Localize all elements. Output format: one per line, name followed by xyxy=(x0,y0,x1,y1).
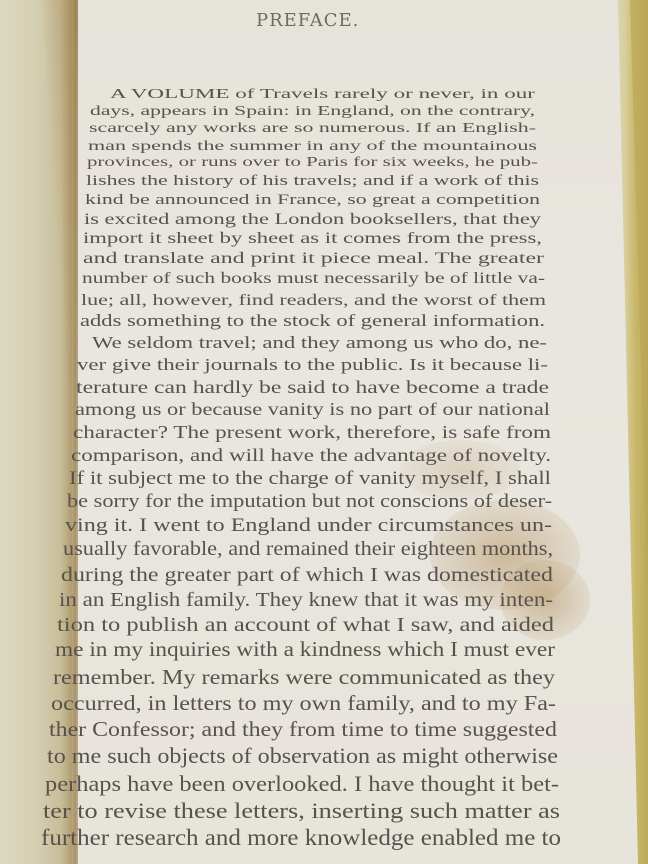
text-line: me in my inquiries with a kindness which… xyxy=(55,639,555,662)
page-title: PREFACE. xyxy=(256,10,359,31)
text-line: lishes the history of his travels; and i… xyxy=(86,173,539,190)
text-line: occurred, in letters to my own family, a… xyxy=(51,691,556,716)
book-photo: PREFACE. A VOLUME of Travels rarely or n… xyxy=(0,0,648,864)
text-line: ver give their journals to the public. I… xyxy=(77,355,548,375)
text-line: and translate and print it piece meal. T… xyxy=(83,250,544,268)
text-line: lue; all, however, find readers, and the… xyxy=(81,290,546,310)
text-line: man spends the summer in any of the moun… xyxy=(88,138,537,154)
text-line: during the greater part of which I was d… xyxy=(61,564,553,587)
text-line: ving it. I went to England under circums… xyxy=(65,515,552,537)
text-line: kind be announced in France, so great a … xyxy=(85,192,540,209)
text-line: perhaps have been overlooked. I have tho… xyxy=(45,771,559,797)
text-line: provinces, or runs over to Paris for six… xyxy=(87,155,538,171)
text-line: to me such objects of observation as mig… xyxy=(47,744,558,769)
text-line: ter to revise these letters, inserting s… xyxy=(43,798,560,824)
text-line: days, appears in Spain: in England, on t… xyxy=(90,103,535,119)
text-line: among us or because vanity is no part of… xyxy=(75,399,550,420)
text-line: be sorry for the imputation but not cons… xyxy=(67,491,552,513)
text-line: scarcely any works are so numerous. If a… xyxy=(89,120,536,136)
text-line: A VOLUME of Travels rarely or never, in … xyxy=(110,86,535,102)
text-line: adds something to the stock of general i… xyxy=(80,311,545,331)
text-line: further research and more knowledge enab… xyxy=(41,825,561,851)
text-line: comparison, and will have the advantage … xyxy=(71,445,551,466)
text-line: We seldom travel; and they among us who … xyxy=(92,333,547,353)
text-line: usually favorable, and remained their ei… xyxy=(63,539,553,561)
text-line: tion to publish an account of what I saw… xyxy=(57,614,554,637)
text-line: ther Confessor; and they from time to ti… xyxy=(49,717,557,742)
text-line: number of such books must necessarily be… xyxy=(82,270,545,288)
text-line: import it sheet by sheet as it comes fro… xyxy=(83,230,542,248)
text-line: is excited among the London booksellers,… xyxy=(84,211,541,229)
text-line: remember. My remarks were communicated a… xyxy=(53,665,555,690)
text-line: in an English family. They knew that it … xyxy=(59,589,553,612)
text-line: character? The present work, therefore, … xyxy=(73,422,551,443)
text-line: If it subject me to the charge of vanity… xyxy=(69,468,551,490)
text-line: terature can hardly be said to have beco… xyxy=(76,377,549,398)
